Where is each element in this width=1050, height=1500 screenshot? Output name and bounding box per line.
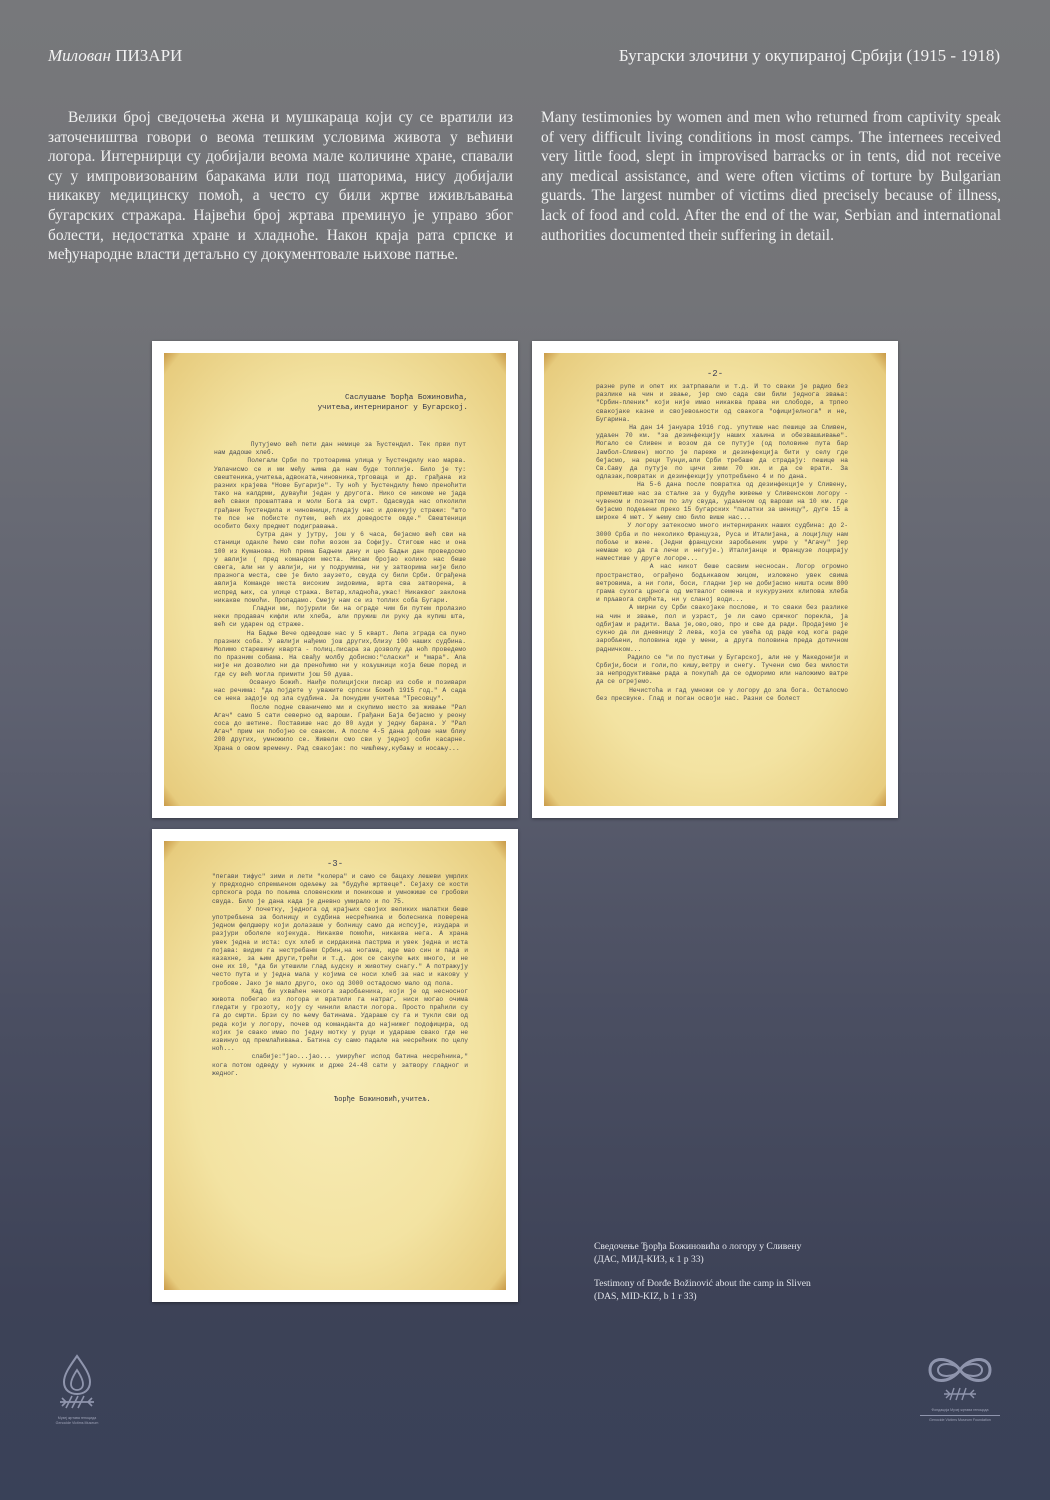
page-number: -2- bbox=[544, 369, 886, 379]
intro-serbian: Велики број сведочења жена и мушкараца к… bbox=[48, 108, 513, 265]
foundation-logo-text-2: Genocide Victims Museum Foundation bbox=[920, 1418, 1000, 1423]
author-name: Милован ПИЗАРИ bbox=[48, 46, 182, 66]
author-first-name: Милован bbox=[48, 46, 111, 65]
author-last-name: ПИЗАРИ bbox=[115, 46, 182, 65]
flame-barbed-wire-icon bbox=[52, 1352, 102, 1412]
museum-logo: Музеј жртава геноцида Genocide Victims M… bbox=[52, 1352, 102, 1430]
caption-serbian-title: Сведочење Ђорђа Божиновића о логору у Сл… bbox=[594, 1241, 801, 1252]
typewritten-text: разне рупе и опет их затрпавали и т.д. И… bbox=[596, 383, 848, 776]
typewritten-text: "пегави тифус" зими и лети "колера" и са… bbox=[212, 873, 468, 1093]
caption-serbian: Сведочење Ђорђа Божиновића о логору у Сл… bbox=[594, 1241, 894, 1266]
foundation-logo-text-1: Фондација Музеј жртава геноцида bbox=[920, 1408, 1000, 1416]
paper-sheet: Саслушање Ђорђа Божиновића, учитеља,инте… bbox=[164, 353, 506, 806]
image-caption: Сведочење Ђорђа Божиновића о логору у Сл… bbox=[594, 1241, 894, 1303]
foundation-logo: Фондација Музеј жртава геноцида Genocide… bbox=[920, 1352, 1000, 1432]
intro-english: Many testimonies by women and men who re… bbox=[541, 108, 1001, 245]
infinity-knot-barbed-wire-icon bbox=[920, 1352, 1000, 1404]
caption-english-source: (DAS, MID-KIZ, b 1 r 33) bbox=[594, 1291, 697, 1302]
page-title: Бугарски злочини у окупираној Србији (19… bbox=[619, 46, 1000, 66]
heading-line-2: учитеља,интернираног у Бугарској. bbox=[318, 403, 468, 413]
document-page-2: -2- разне рупе и опет их затрпавали и т.… bbox=[532, 341, 898, 818]
heading-line-1: Саслушање Ђорђа Божиновића, bbox=[318, 393, 468, 403]
caption-english-title: Testimony of Đorđe Božinović about the c… bbox=[594, 1278, 811, 1289]
typewritten-text: Путујемо већ пети дан немице за Ћустенди… bbox=[214, 441, 466, 796]
document-heading: Саслушање Ђорђа Божиновића, учитеља,инте… bbox=[318, 393, 468, 413]
caption-english: Testimony of Đorđe Božinović about the c… bbox=[594, 1278, 894, 1303]
museum-logo-text-2: Genocide Victims Museum bbox=[52, 1421, 102, 1426]
paper-sheet: -2- разне рупе и опет их затрпавали и т.… bbox=[544, 353, 886, 806]
document-page-1: Саслушање Ђорђа Божиновића, учитеља,инте… bbox=[152, 341, 518, 818]
paper-sheet: -3- "пегави тифус" зими и лети "колера" … bbox=[164, 841, 506, 1290]
page-number: -3- bbox=[164, 859, 506, 869]
document-page-3: -3- "пегави тифус" зими и лети "колера" … bbox=[152, 829, 518, 1302]
caption-serbian-source: (ДАС, МИД-КИЗ, к 1 р 33) bbox=[594, 1254, 704, 1265]
document-signature: Ђорђе Божиновић,учитељ. bbox=[334, 1096, 431, 1104]
